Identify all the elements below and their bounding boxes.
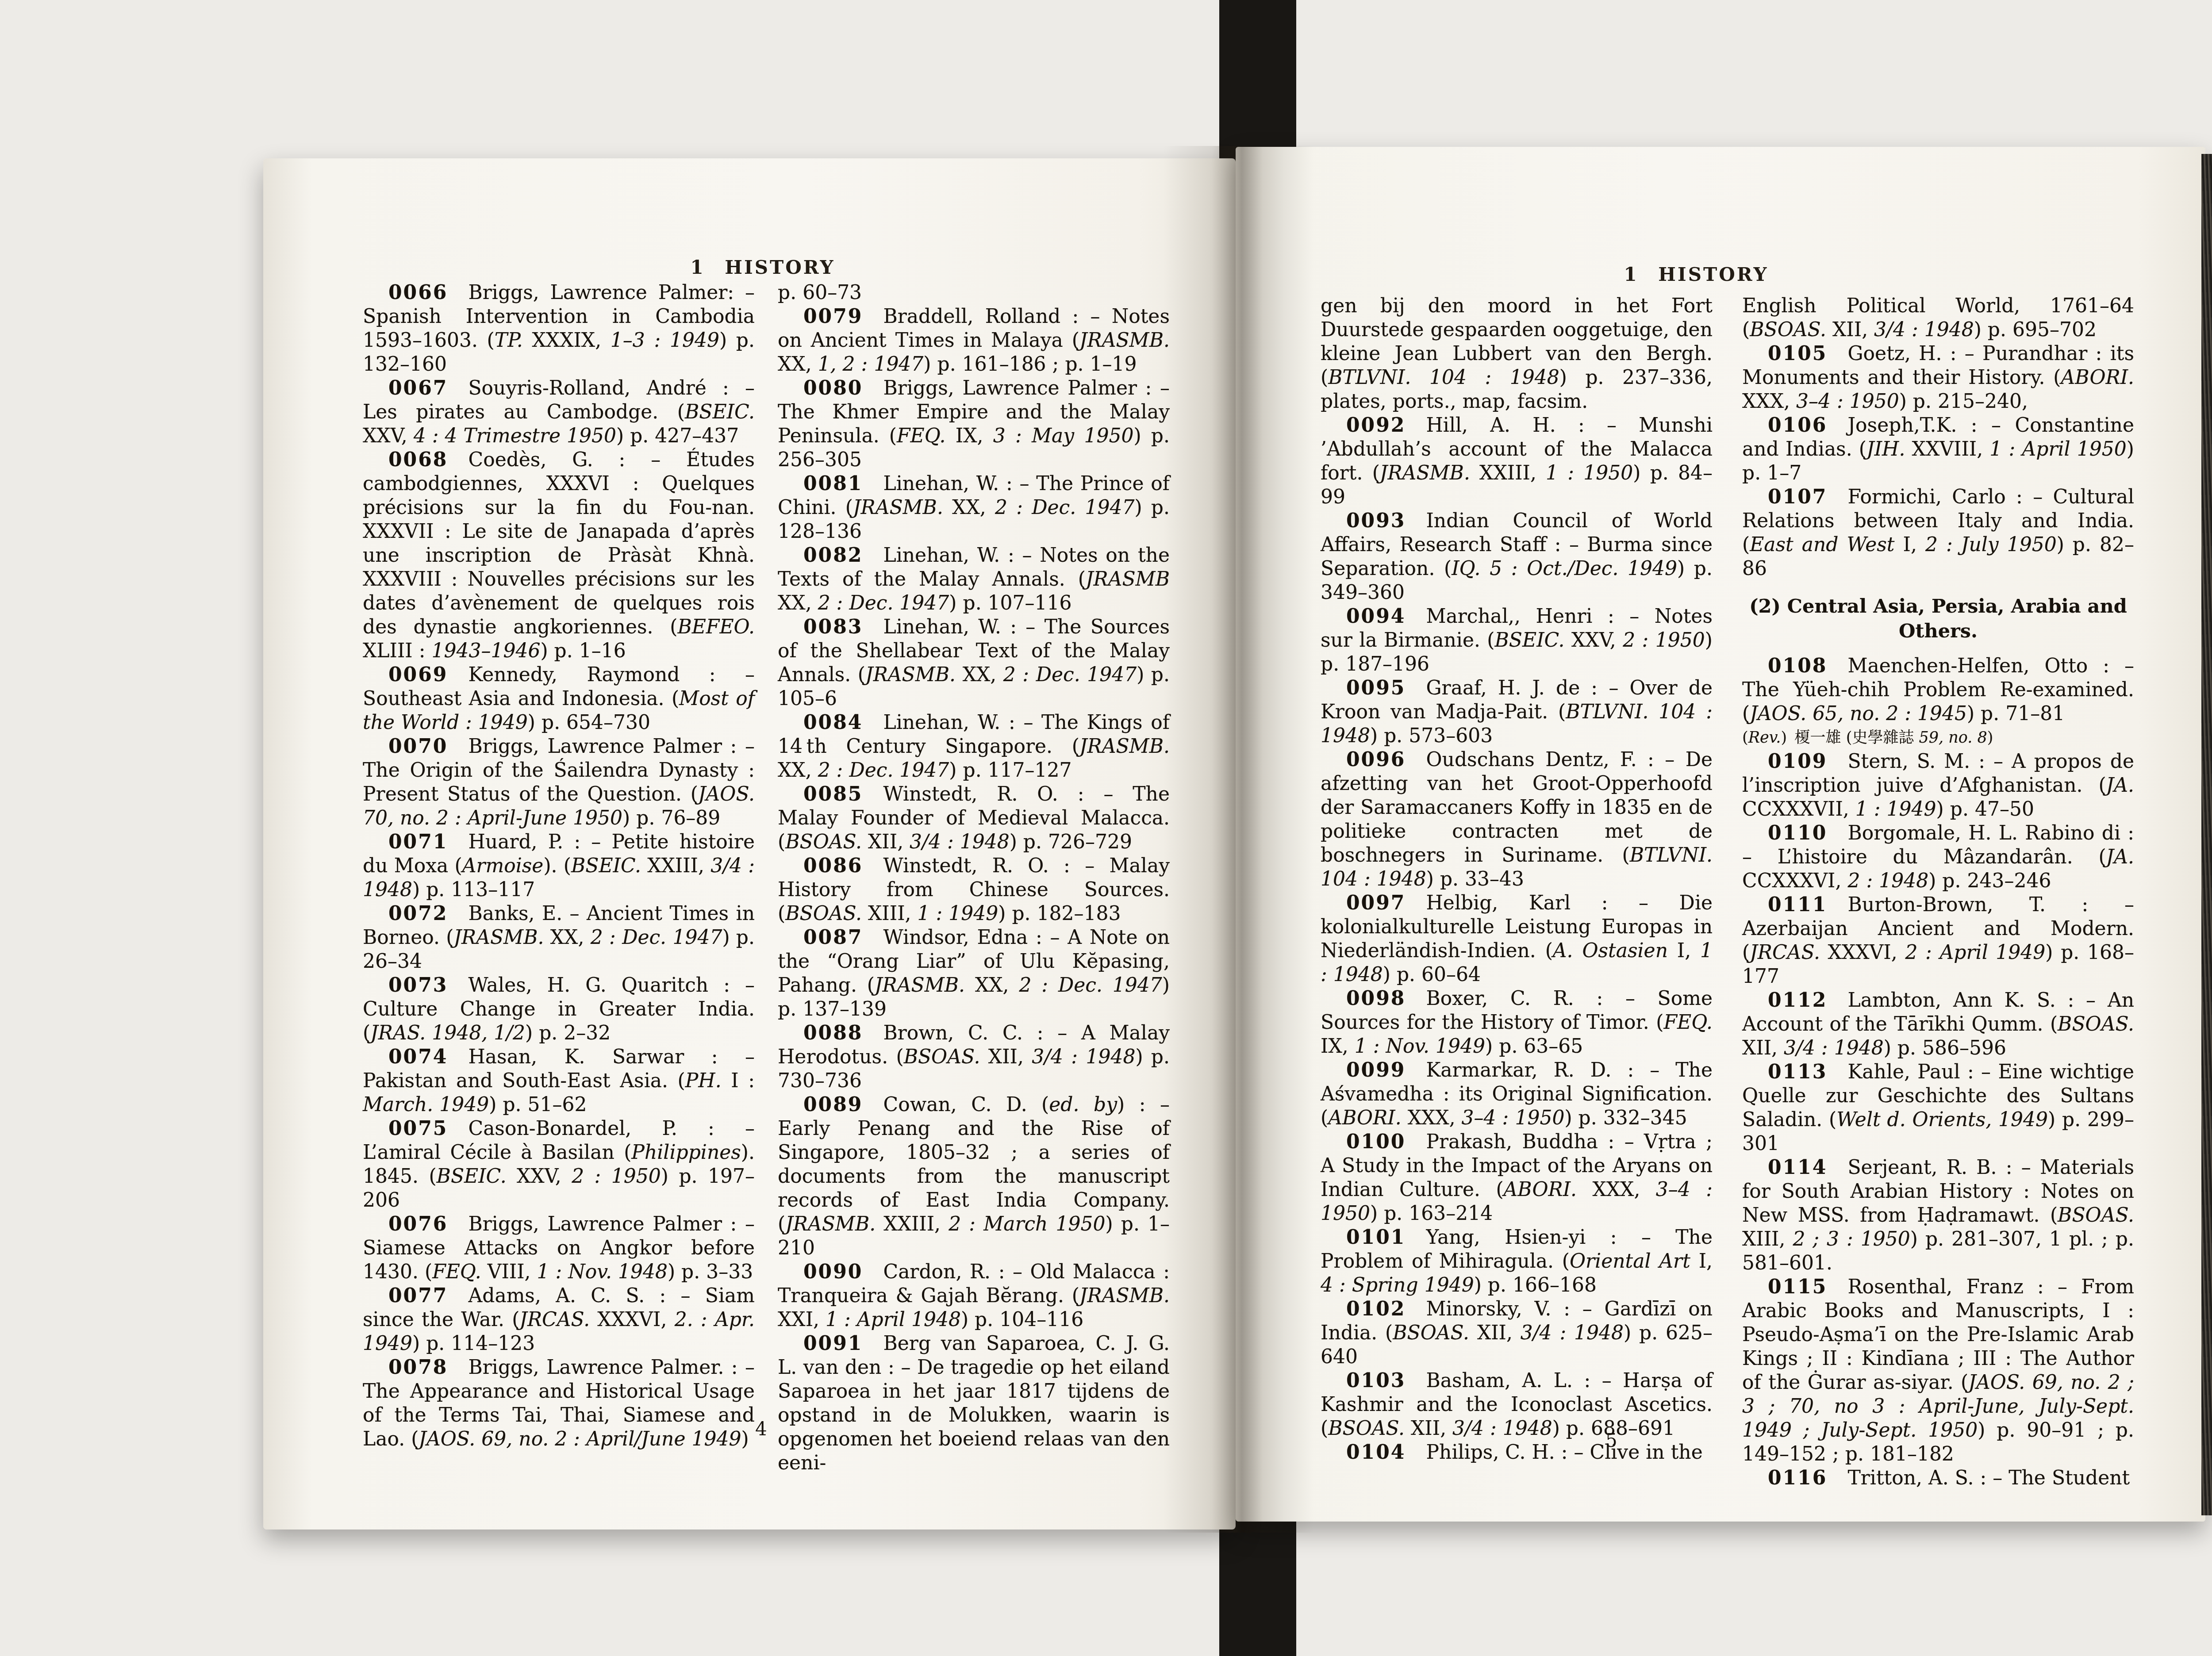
- bib-entry: 0082Linehan, W. : – Notes on the Texts o…: [778, 544, 1170, 615]
- entry-number: 0091: [803, 1332, 863, 1355]
- bib-entry: 0076Briggs, Lawrence Palmer : – Siamese …: [363, 1212, 755, 1284]
- entry-number: 0073: [388, 974, 448, 997]
- entry-number: 0070: [388, 735, 448, 758]
- entry-number: 0107: [1768, 486, 1827, 508]
- bib-entry: 0078Briggs, Lawrence Palmer. : – The App…: [363, 1356, 755, 1451]
- bib-entry: 0079Braddell, Rolland : – Notes on Ancie…: [778, 305, 1170, 376]
- bib-entry: 0097Helbig, Karl : – Die kolonialkulture…: [1321, 891, 1713, 987]
- entry-number: 0068: [388, 448, 448, 471]
- entry-number: 0072: [388, 902, 448, 925]
- running-header: 1 HISTORY: [263, 257, 1236, 278]
- bib-entry: 0084Linehan, W. : – The Kings of 14 th C…: [778, 711, 1170, 782]
- bib-entry: 0073Wales, H. G. Quaritch : – Culture Ch…: [363, 974, 755, 1045]
- entry-number: 0067: [388, 377, 448, 399]
- entry-number: 0100: [1346, 1131, 1406, 1153]
- entry-number: 0102: [1346, 1298, 1406, 1320]
- entry-number: 0071: [388, 831, 448, 853]
- bib-entry: 0101Yang, Hsien-yi : – The Problem of Mi…: [1321, 1226, 1713, 1297]
- entry-number: 0087: [803, 926, 863, 949]
- entry-number: 0075: [388, 1117, 448, 1140]
- running-header: 1 HISTORY: [1236, 264, 2205, 285]
- entry-number: 0099: [1346, 1059, 1406, 1081]
- bib-entry: 0113Kahle, Paul : – Eine wichtige Quelle…: [1742, 1060, 2134, 1156]
- bib-entry: 0071Huard, P. : – Petite histoire du Mox…: [363, 830, 755, 902]
- entry-number: 0081: [803, 472, 863, 495]
- entry-number: 0078: [388, 1356, 448, 1379]
- bib-entry: 0116Tritton, A. S. : – The Student: [1742, 1466, 2134, 1490]
- bib-entry: 0080Briggs, Lawrence Palmer : – The Khme…: [778, 376, 1170, 472]
- entry-number: 0089: [803, 1093, 863, 1116]
- bib-entry: 0107Formichi, Carlo : – Cultural Relatio…: [1742, 485, 2134, 581]
- entry-number: 0104: [1346, 1441, 1406, 1464]
- bib-entry: 0089Cowan, C. D. (ed. by) : – Early Pena…: [778, 1093, 1170, 1260]
- entry-number: 0098: [1346, 987, 1406, 1010]
- bib-entry: 0106Joseph,T.K. : – Constantine and Indi…: [1742, 414, 2134, 485]
- bib-entry: 0083Linehan, W. : – The Sources of the S…: [778, 615, 1170, 711]
- bib-entry: 0081Linehan, W. : – The Prince of Chini.…: [778, 472, 1170, 544]
- bib-entry: 0072Banks, E. – Ancient Times in Borneo.…: [363, 902, 755, 974]
- entry-number: 0108: [1768, 655, 1827, 677]
- section-heading: (2) Central Asia, Persia, Arabia and Oth…: [1742, 594, 2134, 644]
- entry-number: 0077: [388, 1284, 448, 1307]
- bib-entry: 0087Windsor, Edna : – A Note on the “Ora…: [778, 926, 1170, 1021]
- bib-entry: 0104Philips, C. H. : – Clive in the: [1321, 1441, 1713, 1464]
- left-page: 1 HISTORY 0066Briggs, Lawrence Palmer: –…: [263, 158, 1236, 1529]
- entry-number: 0113: [1768, 1061, 1827, 1083]
- entry-continuation: gen bij den moord in het Fort Duurstede …: [1321, 294, 1713, 414]
- entry-number: 0116: [1768, 1467, 1827, 1489]
- entry-number: 0112: [1768, 989, 1827, 1012]
- entry-number: 0103: [1346, 1369, 1406, 1392]
- entry-number: 0076: [388, 1213, 448, 1235]
- entry-number: 0090: [803, 1261, 863, 1283]
- entry-number: 0083: [803, 616, 863, 638]
- entry-number: 0105: [1768, 342, 1827, 365]
- entry-number: 0084: [803, 711, 863, 734]
- entry-number: 0095: [1346, 677, 1406, 699]
- bib-entry: 0069Kennedy, Raymond : – Southeast Asia …: [363, 663, 755, 735]
- bib-entry: 0102Minorsky, V. : – Gardīzī on India. (…: [1321, 1297, 1713, 1369]
- entry-number: 0115: [1768, 1276, 1827, 1298]
- entry-number: 0082: [803, 544, 863, 567]
- bib-entry: 0088Brown, C. C. : – A Malay Herodotus. …: [778, 1021, 1170, 1093]
- bib-entry: 0110Borgomale, H. L. Rabino di : – L’his…: [1742, 821, 2134, 893]
- entry-number: 0114: [1768, 1156, 1827, 1179]
- page-number: 5: [1605, 1430, 1617, 1451]
- entry-number: 0097: [1346, 892, 1406, 914]
- bib-entry: 0070Briggs, Lawrence Palmer : – The Orig…: [363, 735, 755, 830]
- left-page-column-2: p. 60–730079Braddell, Rolland : – Notes …: [778, 281, 1170, 1475]
- left-page-column-1: 0066Briggs, Lawrence Palmer: –Spanish In…: [363, 281, 755, 1451]
- bib-entry: 0091Berg van Saparoea, C. J. G. L. van d…: [778, 1332, 1170, 1475]
- entry-number: 0109: [1768, 750, 1827, 773]
- bib-entry: 0114Serjeant, R. B. : – Materials for So…: [1742, 1156, 2134, 1275]
- entry-number: 0093: [1346, 510, 1406, 532]
- bib-entry: 0111Burton-Brown, T. : – Azerbaijan Anci…: [1742, 893, 2134, 989]
- bib-entry: 0092Hill, A. H. : – Munshi ’Abdullah’s a…: [1321, 414, 1713, 509]
- entry-number: 0101: [1346, 1226, 1406, 1249]
- entry-number: 0106: [1768, 414, 1827, 437]
- bib-entry: 0103Basham, A. L. : – Harṣa of Kashmir a…: [1321, 1369, 1713, 1441]
- bib-entry: 0068Coedès, G. : – Études cambodgiennes,…: [363, 448, 755, 663]
- entry-number: 0086: [803, 855, 863, 877]
- entry-number: 0074: [388, 1046, 448, 1068]
- bib-entry: 0105Goetz, H. : – Purandhar : its Monume…: [1742, 342, 2134, 414]
- entry-number: 0069: [388, 663, 448, 686]
- entry-number: 0092: [1346, 414, 1406, 437]
- bib-entry: 0094Marchal,, Henri : – Notes sur la Bir…: [1321, 605, 1713, 676]
- bib-entry: 0067Souyris-Rolland, André : – Les pirat…: [363, 376, 755, 448]
- bib-entry: 0100Prakash, Buddha : – Vṛtra ; A Study …: [1321, 1130, 1713, 1226]
- bib-entry: 0077Adams, A. C. S. : – Siam since the W…: [363, 1284, 755, 1356]
- bib-entry: 0085Winstedt, R. O. : – The Malay Founde…: [778, 782, 1170, 854]
- entry-continuation: English Political World, 1761–64 (BSOAS.…: [1742, 294, 2134, 342]
- entry-number: 0094: [1346, 605, 1406, 628]
- bib-entry: 0112Lambton, Ann K. S. : – An Account of…: [1742, 989, 2134, 1060]
- entry-number: 0066: [388, 281, 448, 304]
- right-page: 1 HISTORY gen bij den moord in het Fort …: [1236, 147, 2205, 1522]
- right-page-column-2: English Political World, 1761–64 (BSOAS.…: [1742, 294, 2134, 1490]
- bib-entry: 0095Graaf, H. J. de : – Over de Kroon va…: [1321, 676, 1713, 748]
- bib-entry: 0066Briggs, Lawrence Palmer: –Spanish In…: [363, 281, 755, 376]
- entry-number: 0080: [803, 377, 863, 399]
- bib-entry: 0099Karmarkar, R. D. : – The Aśvamedha :…: [1321, 1058, 1713, 1130]
- book-photo: 1 HISTORY 0066Briggs, Lawrence Palmer: –…: [0, 0, 2212, 1656]
- bib-entry: 0109Stern, S. M. : – A propos de l’inscr…: [1742, 750, 2134, 821]
- bib-entry: 0108Maenchen-Helfen, Otto : – The Yüeh-c…: [1742, 654, 2134, 726]
- bib-entry: 0074Hasan, K. Sarwar : – Pakistan and So…: [363, 1045, 755, 1117]
- bib-entry: 0093Indian Council of World Affairs, Res…: [1321, 509, 1713, 605]
- entry-number: 0079: [803, 305, 863, 328]
- bib-entry: 0090Cardon, R. : – Old Malacca : Tranque…: [778, 1260, 1170, 1332]
- right-page-column-1: gen bij den moord in het Fort Duurstede …: [1321, 294, 1713, 1464]
- bib-entry: 0096Oudschans Dentz, F. : – De afzetting…: [1321, 748, 1713, 891]
- entry-number: 0096: [1346, 748, 1406, 771]
- page-fore-edge: [2201, 154, 2212, 1515]
- entry-number: 0085: [803, 783, 863, 805]
- bib-entry: 0086Winstedt, R. O. : – Malay History fr…: [778, 854, 1170, 926]
- bib-entry: 0115Rosenthal, Franz : – From Arabic Boo…: [1742, 1275, 2134, 1466]
- bib-entry: 0075Cason-Bonardel, P. : – L’amiral Céci…: [363, 1117, 755, 1212]
- entry-number: 0111: [1768, 893, 1827, 916]
- bib-entry: 0098Boxer, C. R. : – Some Sources for th…: [1321, 987, 1713, 1058]
- entry-number: 0110: [1768, 822, 1827, 844]
- review-note: (Rev.) 榎一雄 (史學雜誌 59, no. 8): [1742, 726, 2134, 750]
- entry-continuation: p. 60–73: [778, 281, 1170, 305]
- entry-number: 0088: [803, 1022, 863, 1044]
- page-number: 4: [755, 1418, 767, 1440]
